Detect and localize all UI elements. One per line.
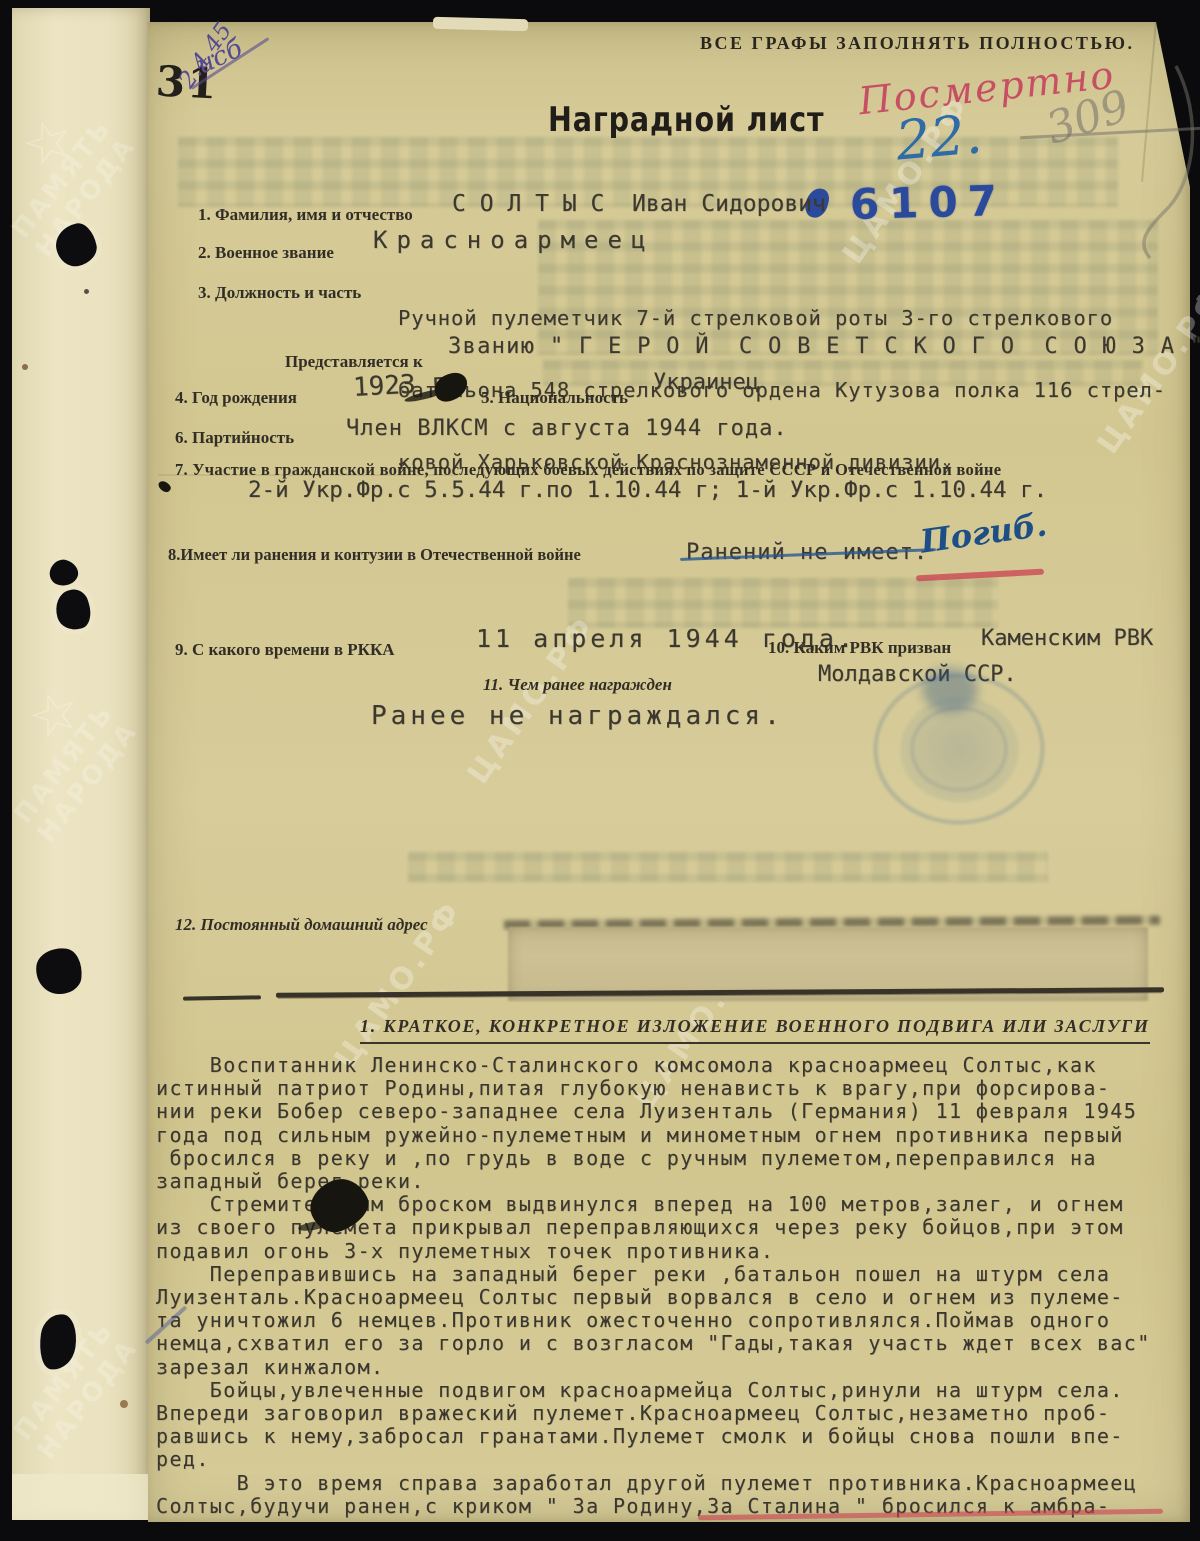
podvig-line: немца,схватил его за горло и с возгласом…: [156, 1332, 1151, 1355]
divider-line-short: [183, 995, 261, 1000]
field-label-home-address: 12. Постоянный домашний адрес: [175, 915, 428, 935]
field-label-wounds: 8.Имеет ли ранения и контузии в Отечеств…: [168, 545, 581, 565]
pamyat-naroda-watermark: ПАМЯТЬ НАРОДА: [8, 1315, 144, 1466]
podvig-line: подавил огонь 3-х пулеметных точек проти…: [156, 1240, 1151, 1263]
archival-scan-background: ☆ ПАМЯТЬ НАРОДА ☆ ПАМЯТЬ НАРОДА ПАМЯТЬ Н…: [0, 0, 1200, 1541]
field-value-nominated-title: Званию " Г Е Р О Й С О В Е Т С К О Г О С…: [448, 334, 1200, 359]
stamp-smudge: [922, 668, 978, 712]
field-value-wounds-struck: Ранений не имеет.: [686, 540, 928, 565]
field-label-position: 3. Должность и часть: [198, 283, 361, 303]
podvig-line: Стремительным броском выдвинулся вперед …: [156, 1193, 1151, 1216]
field-value-position-line1: Ручной пулеметчик 7-й стрелковой роты 3-…: [398, 306, 1166, 330]
podvig-line: Переправившись на западный берег реки ,б…: [156, 1263, 1151, 1286]
field-label-nationality: 5. Национальность: [481, 388, 628, 408]
field-value-nationality: Украинец: [653, 370, 759, 395]
stamp-fill: [900, 697, 1019, 802]
award-sheet-page: ЦАМО.РФ ЦАМО.РФ ЦАМО.РФ ЦАМО.РФ ЦАМО.РФ …: [148, 22, 1190, 1522]
blue-number-handwriting: 22.: [893, 102, 984, 172]
podvig-line: бросился в реку и ,по грудь в воде с руч…: [156, 1147, 1151, 1170]
field-value-prior-awards: Ранее не награждался.: [371, 701, 784, 731]
ink-mark: [157, 479, 173, 494]
podvig-line: В это время справа заработал другой пуле…: [156, 1472, 1151, 1495]
field-value-party: Член ВЛКСМ с августа 1944 года.: [346, 416, 788, 441]
field-label-party: 6. Партийность: [175, 428, 294, 448]
torn-paper-notch: [433, 17, 528, 31]
field-label-prior-awards: 11. Чем ранее награжден: [483, 675, 672, 695]
podvig-line: Луизенталь.Красноармеец Солтыс первый во…: [156, 1286, 1151, 1309]
podvig-text: Воспитанник Ленинско-Сталинского комсомо…: [156, 1054, 1151, 1518]
field-label-birth-year: 4. Год рождения: [175, 388, 297, 408]
field-value-drafted-by-line1: Каменским РВК: [981, 626, 1153, 651]
field-label-name: 1. Фамилия, имя и отчество: [198, 205, 413, 225]
podvig-line: Бойцы,увлеченные подвигом красноармейца …: [156, 1379, 1151, 1402]
podvig-line: Впереди заговорил вражеский пулемет.Крас…: [156, 1402, 1151, 1425]
podvig-line: Воспитанник Ленинско-Сталинского комсомо…: [156, 1054, 1151, 1077]
struck-text: Ранений не имеет.: [686, 540, 928, 565]
field-value-war-participation: 2-й Укр.Фр.с 5.5.44 г.по 1.10.44 г; 1-й …: [248, 477, 1047, 503]
archive-fill-note: ВСЕ ГРАФЫ ЗАПОЛНЯТЬ ПОЛНОСТЬЮ.: [700, 33, 1135, 54]
pencil-curl-mark: [1078, 58, 1200, 263]
podvig-line: та уничтожил 6 немцев.Противник ожесточе…: [156, 1309, 1151, 1332]
ghost-text-artifact: [568, 578, 998, 628]
field-label-nominated: Представляется к: [285, 352, 423, 372]
podvig-line: зарезал кинжалом.: [156, 1356, 1151, 1379]
podvig-line: года под сильным ружейно-пулеметным и ми…: [156, 1124, 1151, 1147]
document-title: Наградной лист: [548, 100, 824, 140]
round-ink-stamp: [874, 674, 1044, 824]
podvig-section-heading: 1. КРАТКОЕ, КОНКРЕТНОЕ ИЗЛОЖЕНИЕ ВОЕННОГ…: [360, 1016, 1150, 1044]
paper-speck: [84, 289, 89, 294]
field-label-rkka-since: 9. С какого времени в РККА: [175, 640, 395, 660]
podvig-line: ред.: [156, 1448, 1151, 1471]
podvig-line: равшись к нему,забросал гранатами.Пулеме…: [156, 1425, 1151, 1448]
field-value-name: С О Л Т Ы С Иван Сидорович: [452, 191, 826, 217]
field-label-drafted-by: 10. Каким РВК призван: [768, 638, 951, 658]
paper-speck: [22, 364, 28, 370]
field-value-rank: Красноармеец: [373, 226, 654, 254]
podvig-line: западный берег реки.: [156, 1170, 1151, 1193]
paper-speck: [120, 1400, 128, 1408]
ghost-text-artifact: [408, 852, 1048, 882]
document-number-stamp: 6107: [849, 176, 1007, 229]
paper-edge-fold: [12, 1474, 150, 1520]
podvig-line: нии реки Бобер северо-западнее села Луиз…: [156, 1100, 1151, 1123]
field-label-rank: 2. Военное звание: [198, 243, 334, 263]
podvig-line: истинный патриот Родины,питая глубокую н…: [156, 1077, 1151, 1100]
